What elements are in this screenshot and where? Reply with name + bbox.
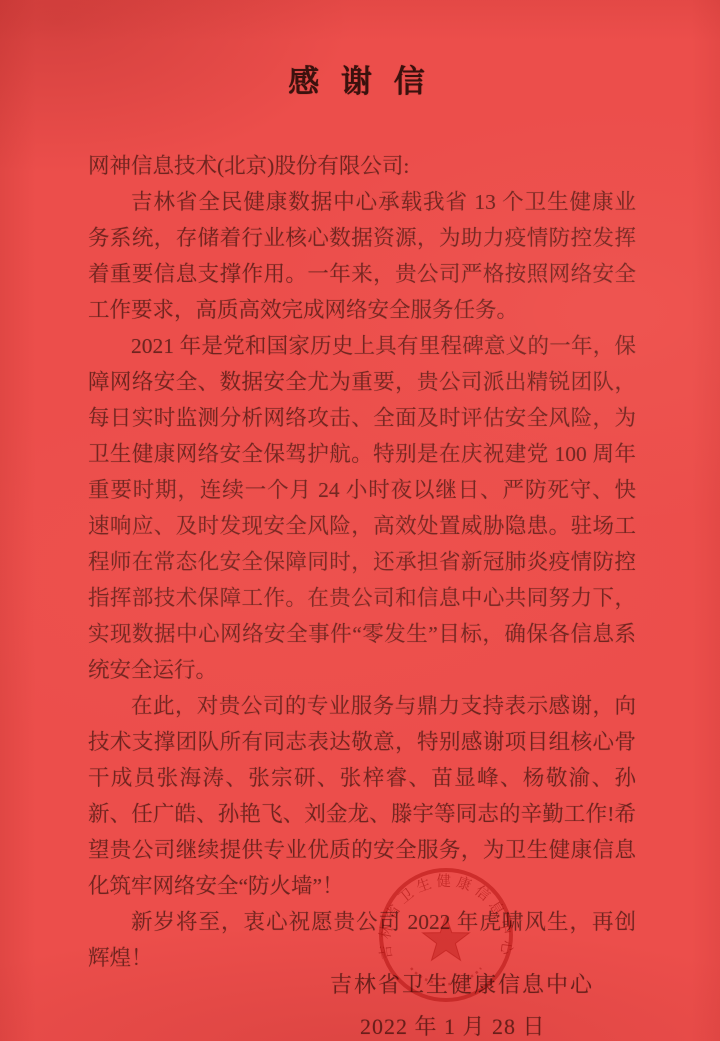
paragraph-1: 吉林省全民健康数据中心承载我省 13 个卫生健康业务系统，存储着行业核心数据资源… xyxy=(88,184,636,328)
thank-you-letter: 感 谢 信 网神信息技术(北京)股份有限公司: 吉林省全民健康数据中心承载我省 … xyxy=(0,62,720,976)
letter-photo: { "page": { "background_color": "#ec4e4b… xyxy=(0,0,720,1041)
paragraph-3: 在此，对贵公司的专业服务与鼎力支持表示感谢，向技术支撑团队所有同志表达敬意，特别… xyxy=(88,688,636,904)
paragraph-2: 2021 年是党和国家历史上具有里程碑意义的一年，保障网络安全、数据安全尤为重要… xyxy=(88,328,636,688)
official-seal-stamp-icon: 吉林省卫生健康信息中心 xyxy=(375,864,517,1006)
seal-serial-marks xyxy=(411,968,481,984)
salutation: 网神信息技术(北京)股份有限公司: xyxy=(88,148,636,184)
letter-body: 网神信息技术(北京)股份有限公司: 吉林省全民健康数据中心承载我省 13 个卫生… xyxy=(88,148,636,976)
letter-title: 感 谢 信 xyxy=(0,62,720,102)
paragraph-4: 新岁将至，衷心祝愿贵公司 2022 年虎啸风生，再创辉煌！ xyxy=(88,904,636,976)
signature-date: 2022 年 1 月 28 日 xyxy=(360,1010,546,1041)
seal-star-icon xyxy=(423,916,470,960)
